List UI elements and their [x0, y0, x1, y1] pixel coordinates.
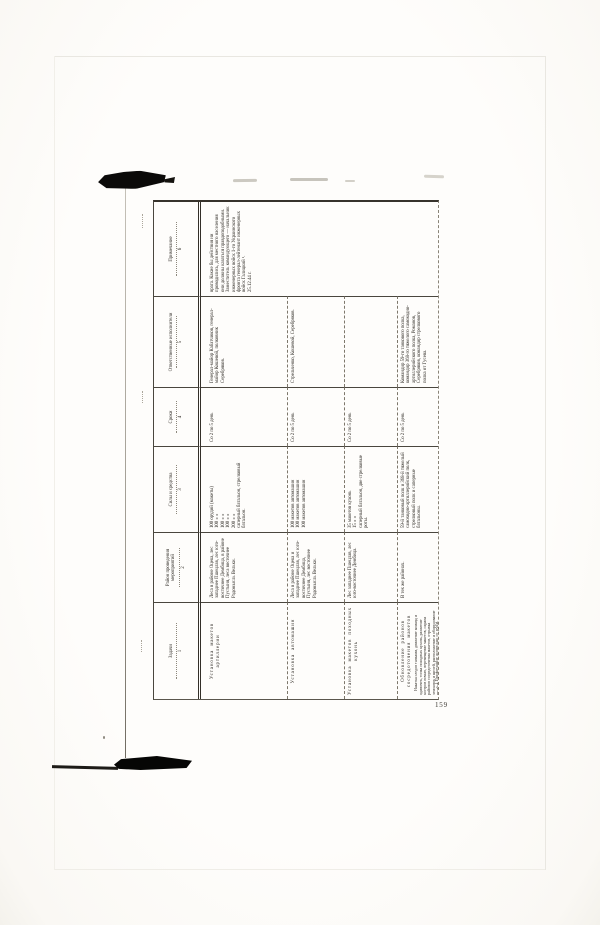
col-header-responsible-num: 5	[178, 341, 183, 344]
col-header-tasks: Задачи 1	[154, 602, 201, 699]
page-edge-right	[545, 56, 546, 870]
col-header-tasks-num: 1	[178, 650, 183, 653]
header-divider	[176, 465, 177, 514]
header-divider	[176, 222, 177, 276]
row-2-task-cell: Установка макетов походных кухонь	[345, 602, 398, 699]
row-2-responsible-cell	[345, 296, 398, 387]
col-header-responsible-label: Ответственные исполнители	[169, 313, 174, 372]
row-2-area-cell: Лес западнее Пшецлав, лес юго-восточнее …	[345, 532, 398, 602]
row-0-responsible-cell: Генерал-майор Кабатчиков, генерал-майор …	[201, 296, 288, 387]
row-2-forces-cell: 35 макетов кухонь 15 » » саперный баталь…	[345, 446, 398, 532]
col-header-timing: Сроки 4	[154, 387, 201, 446]
col-header-tasks-label: Задачи	[169, 644, 174, 658]
row-3-timing-cell: Со 2 по 5 день	[398, 387, 438, 446]
col-header-responsible: Ответственные исполнители 5	[154, 296, 201, 387]
edge-tick	[142, 214, 144, 228]
edge-tick	[142, 391, 144, 403]
ghost-smudge	[233, 179, 257, 182]
header-divider	[176, 401, 177, 433]
col-header-note: Примечание 6	[154, 202, 201, 296]
edge-tick	[141, 640, 143, 652]
dust-speck	[103, 736, 105, 739]
row-0-task-cell: Установка макетов артиллерии	[201, 602, 288, 699]
page-edge-left	[54, 56, 55, 870]
col-header-area-num: 2	[181, 566, 186, 569]
col-header-forces-label: Силы и средства	[169, 473, 174, 507]
row-0-timing-cell: Со 2 по 5 день	[201, 387, 288, 446]
page-edge-bottom	[54, 869, 546, 870]
row-1-responsible-cell: Стрельченко, Кошевой, Серебряков.	[288, 296, 345, 387]
col-header-forces: Силы и средства 3	[154, 446, 201, 532]
note-spanning-cell: врага. Какие бы действия ни проводились,…	[201, 202, 438, 296]
row-3-forces-cell: 59-й танковый полк и 368-й тяжелый самох…	[398, 446, 438, 532]
col-header-note-num: 6	[178, 248, 183, 251]
header-divider	[176, 316, 177, 368]
row-3-responsible-cell: Командир 59-го танкового полка, командир…	[398, 296, 438, 387]
row-1-forces-cell: 100 макетов автомашин 100 макетов автома…	[288, 446, 345, 532]
row-1-task-cell: Установка автомашин	[288, 602, 345, 699]
col-header-area: Район проведения мероприятий 2	[154, 532, 201, 602]
page-fold-line	[125, 172, 126, 758]
row-1-timing-cell: Со 2 по 5 день	[288, 387, 345, 446]
col-header-timing-num: 4	[178, 416, 183, 419]
row-1-area-cell: Леса в районе Оцека и западнее Пшецлав, …	[288, 532, 345, 602]
row-0-forces-cell: 100 орудий (макеты) 100 » » 100 » » 100 …	[201, 446, 288, 532]
handwritten-note-text: врага. Какие бы действия ни проводились,…	[210, 206, 253, 292]
page-number: 159	[435, 701, 448, 709]
ghost-smudge	[345, 180, 355, 182]
col-header-forces-num: 3	[178, 488, 183, 491]
row-2-timing-cell: Со 2 по 5 день	[345, 387, 398, 446]
row-0-area-cell: Леса в районе Оцека, лес западнее Пшецла…	[201, 532, 288, 602]
table-footnote: ¹ Примечание дописано от руки.	[432, 562, 443, 684]
col-header-timing-label: Сроки	[169, 411, 174, 424]
header-divider	[176, 623, 177, 678]
header-divider	[179, 548, 180, 587]
col-header-note-label: Примечание	[169, 236, 174, 261]
ghost-smudge	[424, 175, 444, 179]
row-3-task-heading: Обновление районов сосредоточения макето…	[401, 607, 412, 695]
col-header-area-label: Район проведения мероприятий	[166, 535, 176, 600]
maskirovka-measures-table: Задачи 1 Район проведения мероприятий 2 …	[153, 200, 439, 700]
page-edge-top	[54, 56, 546, 57]
ghost-smudge	[290, 178, 328, 181]
